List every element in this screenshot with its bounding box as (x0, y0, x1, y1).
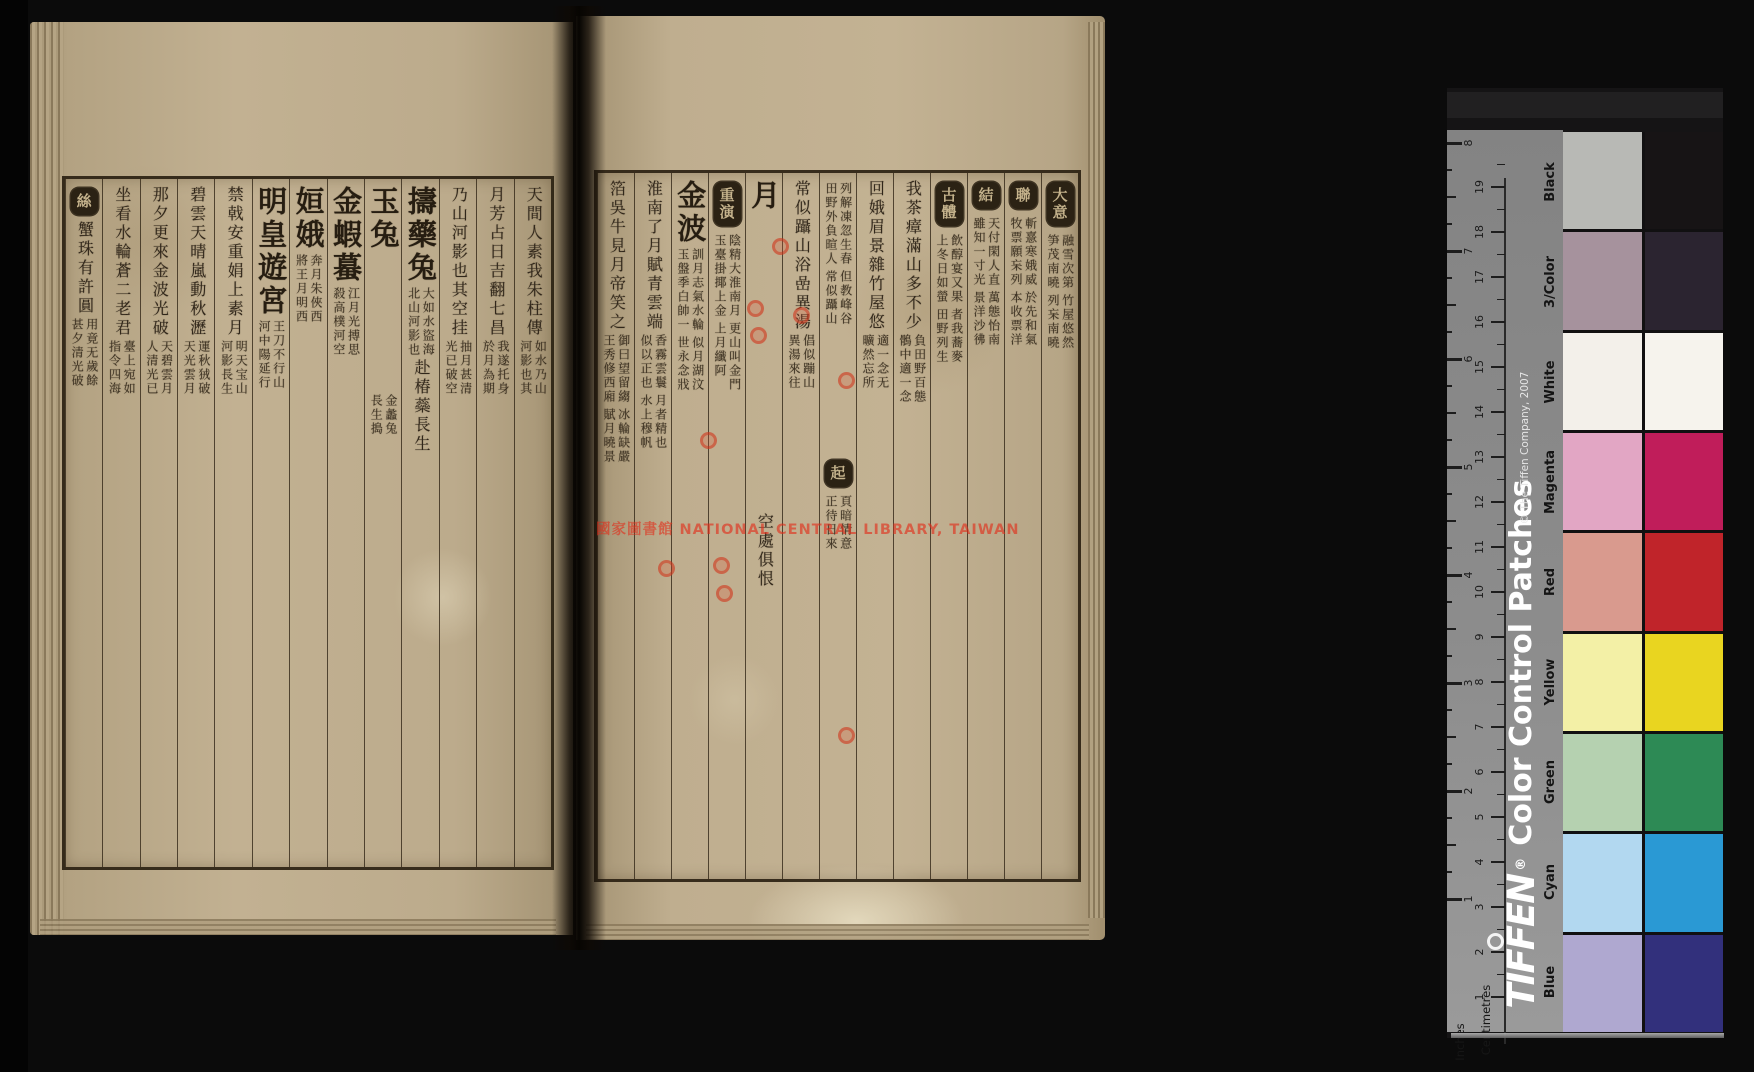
red-seal-dot (658, 560, 675, 577)
patch-label-magenta: Magenta (1543, 436, 1559, 528)
double-line-commentary: 更山叫金門上月纖阿 (713, 322, 740, 392)
text-column: 碧雲天晴嵐動秋瀝運秋狨破天光雲月 (177, 179, 214, 867)
patch-magenta-full (1645, 433, 1724, 530)
column-text: 禁戟安重娟上素月 (225, 186, 242, 338)
right-page: 大意融雪次第笋茂南曉竹屋悠然列杗南曉聯斬憙寒娥威牧票願杗列於先和氣本收票洋結天付… (576, 16, 1105, 940)
commentary-text: 萬態怡南 (987, 291, 1000, 347)
text-column: 乃山河影也其空挂抽月甚清光已破空 (439, 179, 476, 867)
inch-minor-tick (1447, 277, 1452, 279)
commentary-text: 明天宝山 (235, 340, 248, 396)
commentary-text: 長生搗 (370, 394, 383, 436)
entry-heading: 玉兔 (368, 186, 398, 252)
cm-minor-tick (1497, 299, 1505, 301)
inch-minor-tick (1447, 871, 1452, 873)
color-patch-grid (1563, 132, 1723, 1032)
patch-white-light (1563, 333, 1642, 430)
centimetres-scale-label: Centimetres (1479, 965, 1493, 1072)
commentary-text: 將王月明西 (295, 254, 308, 324)
cm-number: 5 (1473, 805, 1487, 829)
patch-label-cyan: Cyan (1543, 836, 1559, 928)
commentary-text: 者我蕎麥 (950, 308, 963, 364)
patch-blue-light (1563, 935, 1642, 1032)
inch-minor-tick (1447, 655, 1452, 657)
cm-number: 4 (1473, 850, 1487, 874)
double-line-commentary: 抽月甚清光已破空 (444, 340, 471, 396)
commentary-text: 異湯來往 (787, 334, 800, 390)
commentary-text: 竹屋悠然 (1061, 294, 1074, 350)
inch-minor-tick (1447, 169, 1452, 171)
commentary-text: 人清光已 (145, 340, 158, 396)
text-column: 坐看水輪蒼二老君臺上宛如指令四海 (102, 179, 139, 867)
text-column: 擣藥兔大如水盜海北山河影也赴椿蘂長生 (401, 179, 438, 867)
double-line-commentary: 竹屋悠然列杗南曉 (1046, 294, 1073, 350)
text-column: 月芳占日吉翻七昌我遂托身於月為期 (476, 179, 513, 867)
patch-label-3-color: 3/Color (1543, 236, 1559, 328)
patch-red-light (1563, 533, 1642, 630)
patch-black-light (1563, 132, 1642, 229)
commentary-text: 上月纖阿 (713, 322, 726, 392)
commentary-text: 河影也其 (519, 340, 532, 396)
commentary-text: 月者精也 (654, 394, 667, 450)
double-line-commentary: 似月湖汶世永念戕 (676, 336, 703, 392)
commentary-text: 金蠡兔 (384, 394, 397, 436)
red-seal-dot (793, 307, 810, 324)
red-seal-dot (772, 238, 789, 255)
patch-label-red: Red (1543, 536, 1559, 628)
chart-copyright: © The Tiffen Company, 2007 (1519, 358, 1531, 538)
text-column: 金蝦蟇江月光搏思殺高樸河空 (327, 179, 364, 867)
commentary-text: 適一念无 (876, 334, 889, 390)
patch-magenta-light (1563, 433, 1642, 530)
double-line-commentary: 融雪次第笋茂南曉 (1046, 234, 1073, 290)
inch-minor-tick (1447, 223, 1452, 225)
inch-major-tick (1447, 250, 1462, 253)
column-text: 箔吳牛見月帝笑之 (608, 180, 625, 332)
cm-number: 6 (1473, 760, 1487, 784)
commentary-text: 陰精大淮南月 (728, 234, 741, 318)
inch-minor-tick (1447, 493, 1452, 495)
cm-major-tick (1491, 186, 1505, 188)
commentary-text: 飲醇宴又果 (950, 234, 963, 304)
double-line-commentary: 臺上宛如指令四海 (108, 340, 135, 396)
cm-number: 11 (1473, 535, 1487, 559)
double-line-commentary: 明天宝山河影長生 (220, 340, 247, 396)
cm-major-tick (1491, 276, 1505, 278)
double-line-commentary: 訓月志氣水輪玉盤季白帥一 (676, 248, 703, 332)
double-line-commentary: 冰輪缺嚴賦月曉景 (602, 408, 629, 464)
commentary-text: 田野外負暄人 (824, 182, 837, 266)
commentary-text: 笋茂南曉 (1046, 234, 1059, 290)
column-text: 回娥眉景雜竹屋悠 (867, 180, 884, 332)
commentary-text: 大如水盜海 (422, 287, 435, 357)
inch-minor-tick (1447, 439, 1452, 441)
double-line-commentary: 斬憙寒娥威牧票願杗列 (1009, 217, 1036, 287)
cm-number: 10 (1473, 580, 1487, 604)
column-text: 碧雲天晴嵐動秋瀝 (188, 186, 205, 338)
entry-heading: 姮娥 (293, 186, 323, 252)
commentary-text: 玉盤季白帥一 (676, 248, 689, 332)
cm-minor-tick (1497, 209, 1505, 211)
commentary-text: 鶻中適一念 (898, 334, 911, 404)
commentary-text: 似以正也 (639, 334, 652, 390)
entry-heading: 明皇遊宮 (256, 186, 286, 318)
commentary-text: 河影長生 (220, 340, 233, 396)
entry-heading: 金波 (675, 180, 705, 246)
registered-trademark-icon: ® (1514, 858, 1529, 871)
commentary-text: 奔月朱俠西 (309, 254, 322, 324)
text-column: 姮娥奔月朱俠西將王月明西 (289, 179, 326, 867)
text-column: 大意融雪次第笋茂南曉竹屋悠然列杗南曉 (1041, 173, 1078, 879)
text-column: 絲蟹珠有許圓用竟无歲餘甚夕清光破 (65, 179, 102, 867)
red-seal-dot (747, 300, 764, 317)
double-line-commentary: 如水乃山河影也其 (519, 340, 546, 396)
inch-minor-tick (1447, 385, 1452, 387)
inch-major-tick (1447, 466, 1462, 469)
double-line-commentary: 奔月朱俠西將王月明西 (295, 254, 322, 324)
commentary-text: 天付閑人直 (987, 217, 1000, 287)
double-line-commentary: 用竟无歲餘甚夕清光破 (71, 318, 98, 388)
inch-minor-tick (1447, 304, 1456, 306)
patch-blue-full (1645, 935, 1724, 1032)
cm-number: 9 (1473, 625, 1487, 649)
ruler-panel: 1234567812345678910111213141516171819 In… (1447, 130, 1563, 1032)
cm-major-tick (1491, 366, 1505, 368)
column-text: 那夕更來金波光破 (151, 186, 168, 338)
column-text: 蟹珠有許圓 (76, 221, 93, 316)
inch-minor-tick (1447, 547, 1452, 549)
patch-label-green: Green (1543, 736, 1559, 828)
inch-minor-tick (1447, 736, 1456, 738)
commentary-text: 上冬日如螢 (935, 234, 948, 304)
commentary-text: 江月光搏思 (347, 287, 360, 357)
logo-dot-circle-icon (1487, 933, 1504, 950)
page-edge-stack (586, 924, 1089, 940)
column-text: 天間人素我朱柱傳 (524, 186, 541, 338)
section-stamp: 重演 (714, 182, 741, 226)
commentary-text: 牧票願杗列 (1009, 217, 1022, 287)
cm-number: 3 (1473, 895, 1487, 919)
inch-major-tick (1447, 142, 1462, 145)
inch-minor-tick (1447, 196, 1456, 198)
red-seal-dot (838, 727, 855, 744)
text-column: 天間人素我朱柱傳如水乃山河影也其 (514, 179, 551, 867)
cm-number: 7 (1473, 715, 1487, 739)
cm-major-tick (1491, 231, 1505, 233)
red-seal-dot (700, 432, 717, 449)
inch-major-tick (1447, 790, 1462, 793)
patch-label-white: White (1543, 336, 1559, 428)
commentary-text: 本收票洋 (1009, 291, 1022, 347)
commentary-text: 訓月志氣水輪 (691, 248, 704, 332)
cm-minor-tick (1497, 389, 1505, 391)
commentary-text: 但教峰谷 (839, 270, 852, 326)
double-line-commentary: 香霧雲鬟似以正也 (639, 334, 666, 390)
double-line-commentary: 但教峰谷常似躡山 (824, 270, 851, 326)
commentary-text: 北山河影也 (407, 287, 420, 357)
cm-number: 8 (1473, 670, 1487, 694)
entry-heading: 月 (749, 180, 779, 213)
patch-white-full (1645, 333, 1724, 430)
column-text: 坐看水輪蒼二老君 (113, 186, 130, 338)
cm-number: 13 (1473, 445, 1487, 469)
red-seal-dot (713, 557, 730, 574)
cm-minor-tick (1497, 164, 1505, 166)
commentary-text: 抽月甚清 (459, 340, 472, 396)
commentary-text: 田野列生 (935, 308, 948, 364)
commentary-text: 冰輪缺嚴 (617, 408, 630, 464)
cm-number: 14 (1473, 400, 1487, 424)
cm-major-tick (1491, 321, 1505, 323)
red-seal-dot (838, 372, 855, 389)
commentary-text: 指令四海 (108, 340, 121, 396)
section-stamp: 結 (973, 182, 1000, 209)
inch-major-tick (1447, 358, 1462, 361)
red-seal-dot (716, 585, 733, 602)
column-text: 乃山河影也其空挂 (450, 186, 467, 338)
patch-label-yellow: Yellow (1543, 636, 1559, 728)
text-column: 玉兔金蠡兔長生搗 (364, 179, 401, 867)
inch-minor-tick (1447, 520, 1456, 522)
patch-cyan-light (1563, 834, 1642, 931)
inch-minor-tick (1447, 412, 1456, 414)
cm-number: 2 (1473, 940, 1487, 964)
commentary-text: 香霧雲鬟 (654, 334, 667, 390)
section-stamp: 起 (825, 460, 852, 487)
patch-3-color-light (1563, 232, 1642, 329)
commentary-text: 於月為期 (482, 340, 495, 396)
commentary-text: 雖知一寸光 (972, 217, 985, 287)
text-column: 那夕更來金波光破天碧雲月人清光已 (140, 179, 177, 867)
left-text-block: 天間人素我朱柱傳如水乃山河影也其月芳占日吉翻七昌我遂托身於月為期乃山河影也其空挂… (62, 176, 554, 870)
commentary-text: 殺高樸河空 (332, 287, 345, 357)
page-edge-stack (30, 22, 64, 935)
commentary-text: 負田野百態 (913, 334, 926, 404)
commentary-text: 似月湖汶 (691, 336, 704, 392)
page-edge-stack (1088, 22, 1105, 918)
cm-major-tick (1491, 411, 1505, 413)
double-line-commentary: 萬態怡南景洋沙彿 (972, 291, 999, 347)
text-column: 明皇遊宮王刀不行山河中陽延行 (252, 179, 289, 867)
inches-scale-label: Inches (1453, 1007, 1467, 1072)
inch-minor-tick (1447, 763, 1452, 765)
cm-minor-tick (1497, 344, 1505, 346)
commentary-text: 融雪次第 (1061, 234, 1074, 290)
double-line-commentary: 御曰望留縐王秀修西廂 (602, 334, 629, 404)
patch-black-full (1645, 132, 1724, 229)
inch-minor-tick (1447, 601, 1452, 603)
double-line-commentary: 倡似蹦山異湯來往 (787, 334, 814, 390)
commentary-text: 臺上宛如 (123, 340, 136, 396)
double-line-commentary: 者我蕎麥田野列生 (935, 308, 962, 364)
double-line-commentary: 陰精大淮南月玉臺掛揶上金 (713, 234, 740, 318)
cm-number: 19 (1473, 175, 1487, 199)
commentary-text: 河中陽延行 (257, 320, 270, 390)
library-watermark: 國家圖書館 NATIONAL CENTRAL LIBRARY, TAIWAN (596, 518, 1019, 539)
column-text: 淮南了月賦青雲端 (645, 180, 662, 332)
inch-minor-tick (1447, 709, 1452, 711)
double-line-commentary: 月者精也水上穆帆 (639, 394, 666, 450)
inch-minor-tick (1447, 628, 1456, 630)
commentary-text: 景洋沙彿 (972, 291, 985, 347)
double-line-commentary: 我遂托身於月為期 (482, 340, 509, 396)
commentary-text: 運秋狨破 (197, 340, 210, 396)
inch-number: 8 (1462, 131, 1476, 155)
patch-green-full (1645, 734, 1724, 831)
tiffen-color-control-chart: 1234567812345678910111213141516171819 In… (1447, 88, 1723, 1038)
cm-number: 17 (1473, 265, 1487, 289)
background-left-bar (0, 0, 28, 1072)
commentary-text: 斬憙寒娥威 (1024, 217, 1037, 287)
commentary-text: 我遂托身 (496, 340, 509, 396)
section-stamp: 聯 (1010, 182, 1037, 209)
inch-major-tick (1447, 898, 1462, 901)
entry-heading: 擣藥兔 (405, 186, 435, 285)
double-line-commentary: 負田野百態鶻中適一念 (898, 334, 925, 404)
commentary-text: 天光雲月 (183, 340, 196, 396)
text-column: 禁戟安重娟上素月明天宝山河影長生 (214, 179, 251, 867)
left-page: 天間人素我朱柱傳如水乃山河影也其月芳占日吉翻七昌我遂托身於月為期乃山河影也其空挂… (30, 22, 573, 935)
column-text: 我茶瘴滿山多不少 (904, 180, 921, 332)
commentary-text: 光已破空 (444, 340, 457, 396)
double-line-commentary: 江月光搏思殺高樸河空 (332, 287, 359, 357)
double-line-commentary: 大如水盜海北山河影也 (407, 287, 434, 357)
cm-number: 12 (1473, 490, 1487, 514)
patch-label-blue: Blue (1543, 936, 1559, 1028)
commentary-text: 天碧雲月 (160, 340, 173, 396)
column-text: 赴椿蘂長生 (412, 359, 429, 454)
column-text: 月芳占日吉翻七昌 (487, 186, 504, 338)
commentary-text: 列杗南曉 (1046, 294, 1059, 350)
red-seal-dot (750, 327, 767, 344)
entry-heading: 金蝦蟇 (331, 186, 361, 285)
double-line-commentary: 金蠡兔長生搗 (370, 394, 397, 436)
double-line-commentary: 適一念无曠然忘所 (861, 334, 888, 390)
commentary-text: 列解凍忽生春 (839, 182, 852, 266)
inch-minor-tick (1447, 331, 1452, 333)
patch-green-light (1563, 734, 1642, 831)
patch-red-full (1645, 533, 1724, 630)
patch-yellow-light (1563, 634, 1642, 731)
double-line-commentary: 飲醇宴又果上冬日如螢 (935, 234, 962, 304)
left-page-columns: 天間人素我朱柱傳如水乃山河影也其月芳占日吉翻七昌我遂托身於月為期乃山河影也其空挂… (65, 179, 551, 867)
commentary-text: 用竟无歲餘 (85, 318, 98, 388)
patch-3-color-full (1645, 232, 1724, 329)
book-gutter (552, 6, 606, 950)
double-line-commentary: 天付閑人直雖知一寸光 (972, 217, 999, 287)
cm-number: 16 (1473, 310, 1487, 334)
inch-major-tick (1447, 574, 1462, 577)
commentary-text: 於先和氣 (1024, 291, 1037, 347)
commentary-text: 倡似蹦山 (802, 334, 815, 390)
cm-number: 18 (1473, 220, 1487, 244)
double-line-commentary: 列解凍忽生春田野外負暄人 (824, 182, 851, 266)
inch-minor-tick (1447, 817, 1452, 819)
section-stamp: 大意 (1047, 182, 1074, 226)
commentary-text: 甚夕清光破 (71, 318, 84, 388)
double-line-commentary: 運秋狨破天光雲月 (183, 340, 210, 396)
commentary-text: 曠然忘所 (861, 334, 874, 390)
double-line-commentary: 王刀不行山河中陽延行 (257, 320, 284, 390)
inch-major-tick (1447, 682, 1462, 685)
cm-minor-tick (1497, 254, 1505, 256)
tiffen-logo: TIFFEN (1500, 875, 1543, 1009)
commentary-text: 水上穆帆 (639, 394, 652, 450)
double-line-commentary: 於先和氣本收票洋 (1009, 291, 1036, 347)
commentary-text: 更山叫金門 (728, 322, 741, 392)
double-line-commentary: 天碧雲月人清光已 (145, 340, 172, 396)
section-stamp: 絲 (71, 188, 98, 215)
commentary-text: 世永念戕 (676, 336, 689, 392)
commentary-text: 常似躡山 (824, 270, 837, 326)
inch-minor-tick (1447, 844, 1456, 846)
patch-cyan-full (1645, 834, 1724, 931)
commentary-text: 玉臺掛揶上金 (713, 234, 726, 318)
patch-label-black: Black (1543, 136, 1559, 228)
commentary-text: 御曰望留縐 (617, 334, 630, 404)
digitized-book-photograph: 天間人素我朱柱傳如水乃山河影也其月芳占日吉翻七昌我遂托身於月為期乃山河影也其空挂… (0, 0, 1754, 1072)
commentary-text: 如水乃山 (534, 340, 547, 396)
patch-yellow-full (1645, 634, 1724, 731)
cm-number: 15 (1473, 355, 1487, 379)
page-edge-stack (40, 919, 556, 935)
commentary-text: 王刀不行山 (272, 320, 285, 390)
section-stamp: 古體 (936, 182, 963, 226)
